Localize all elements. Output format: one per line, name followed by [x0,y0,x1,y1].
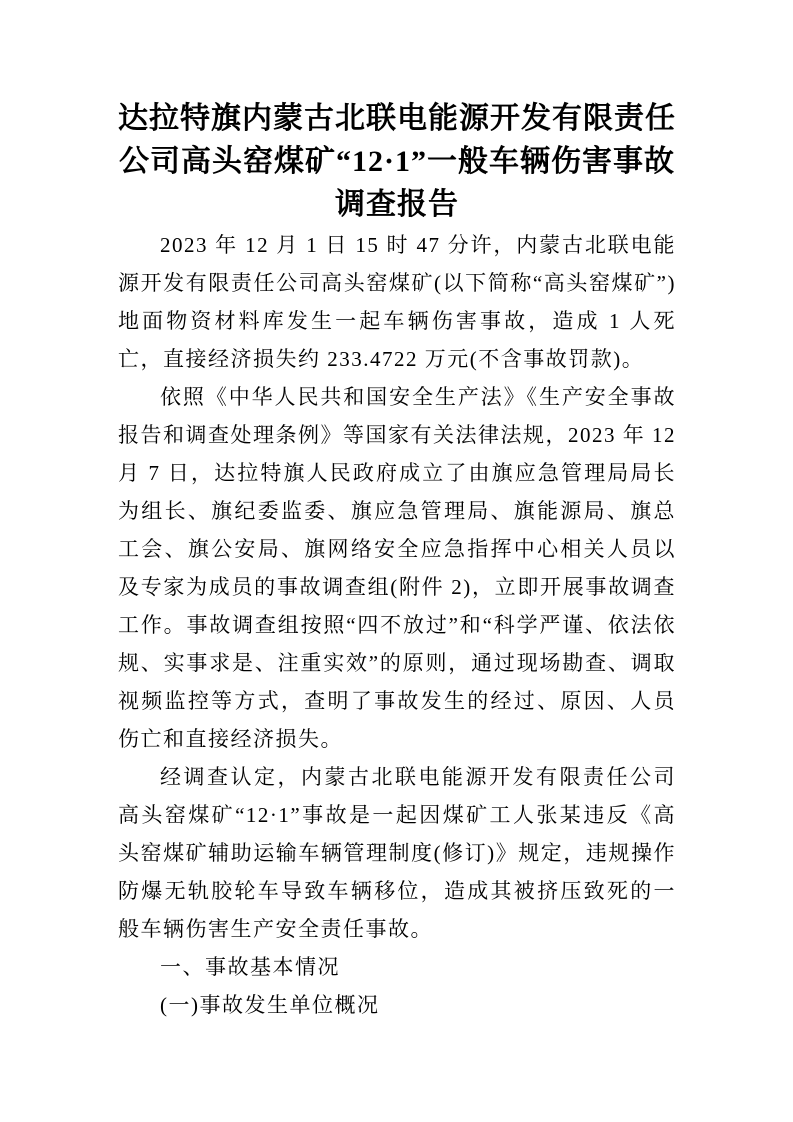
section-heading-basic-situation: 一、事故基本情况 [118,948,676,986]
paragraph-findings: 经调查认定，内蒙古北联电能源开发有限责任公司高头窑煤矿“12·1”事故是一起因煤… [118,758,676,948]
document-page: 达拉特旗内蒙古北联电能源开发有限责任公司高头窑煤矿“12·1”一般车辆伤害事故调… [0,0,793,1122]
paragraph-accident-summary: 2023 年 12 月 1 日 15 时 47 分许，内蒙古北联电能源开发有限责… [118,226,676,378]
section-heading-unit-overview: (一)事故发生单位概况 [118,986,676,1024]
document-title: 达拉特旗内蒙古北联电能源开发有限责任公司高头窑煤矿“12·1”一般车辆伤害事故调… [118,97,676,226]
paragraph-investigation-team: 依照《中华人民共和国安全生产法》《生产安全事故报告和调查处理条例》等国家有关法律… [118,378,676,758]
